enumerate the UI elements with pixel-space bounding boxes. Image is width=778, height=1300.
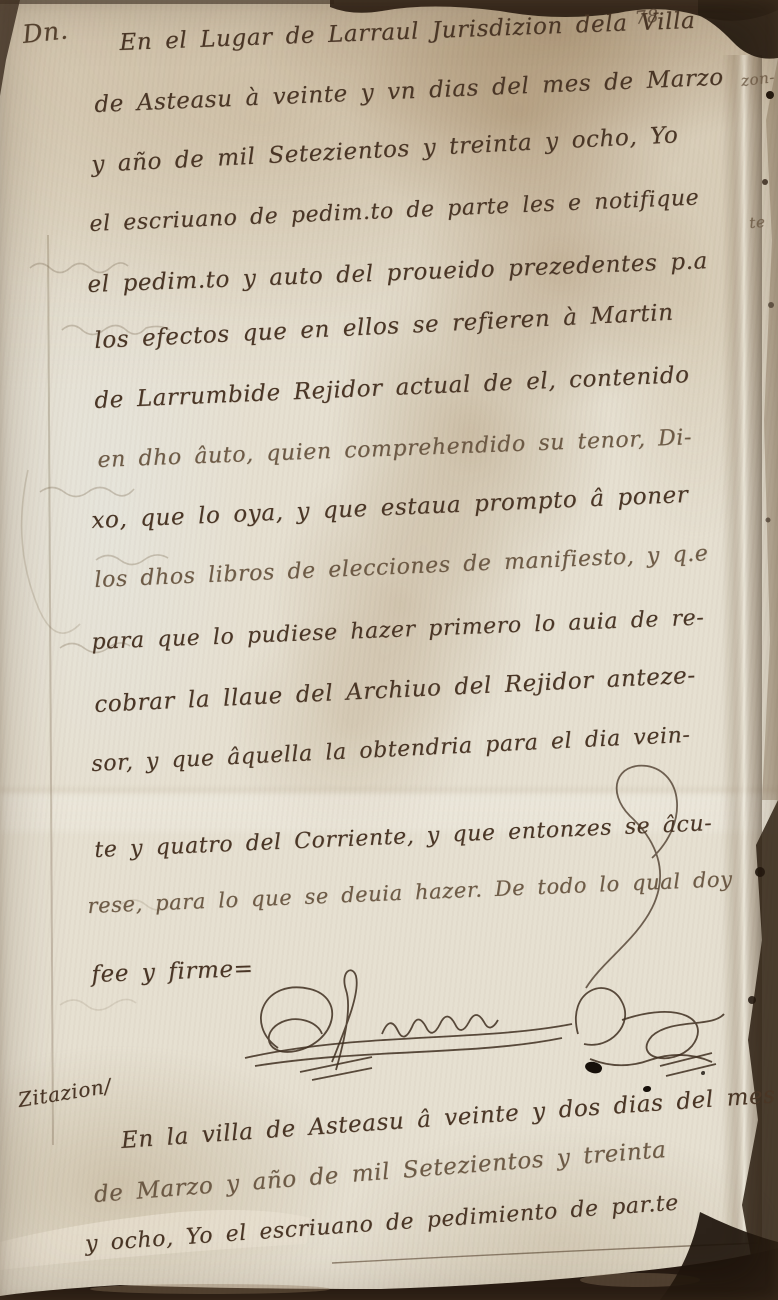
ink-blot [701,1071,705,1075]
manuscript-line: En la villa de Asteasu â veinte y dos di… [120,1082,776,1154]
manuscript-line: y año de mil Setezientos y treinta y och… [91,122,679,178]
manuscript-line: los efectos que en ellos se refieren à M… [94,300,674,354]
manuscript-line: fee y firme= [91,956,254,988]
manuscript-line: de Asteasu à veinte y vn dias del mes de… [94,65,724,118]
manuscript-line: los dhos libros de elecciones de manifie… [94,541,709,593]
top-edge-line [0,0,334,4]
manuscript-line: el escriuano de pedim.to de parte les e … [89,185,700,237]
edge-fragment-top: zon- [740,68,776,90]
manuscript-line: cobrar la llaue del Archiuo del Rejidor … [94,663,697,718]
manuscript-line: En el Lugar de Larraul Jurisdizion dela … [119,8,696,56]
fold-crease [48,235,53,1145]
manuscript-line: sor, y que âquella la obtendria para el … [91,723,691,777]
manuscript-line: xo, que lo oya, y que estaua prompto â p… [91,482,689,534]
top-right-corner-shadow [698,0,778,59]
manuscript-line: de Larrumbide Rejidor actual de el, cont… [94,362,690,414]
text-underline [332,1243,758,1263]
right-edge-shadow [742,58,778,1300]
manuscript-line: el pedim.to y auto del proueido prezeden… [87,248,708,298]
signature-rubric [240,962,740,1087]
manuscript-line: rese, para lo que se deuia hazer. De tod… [87,867,733,918]
margin-note-citation: Zitazion/ [16,1074,113,1112]
manuscript-page: 78 Dn. zon- te En el Lugar de Larraul Ju… [0,0,778,1300]
manuscript-line: en dho âuto, quien comprehendido su teno… [97,425,692,473]
corner-mark: Dn. [21,15,70,49]
edge-fragment-mid: te [748,213,766,232]
manuscript-line: para que lo pudiese hazer primero lo aui… [91,605,705,655]
manuscript-line: te y quatro del Corriente, y que entonze… [94,811,713,863]
top-left-corner-shadow [0,0,20,96]
